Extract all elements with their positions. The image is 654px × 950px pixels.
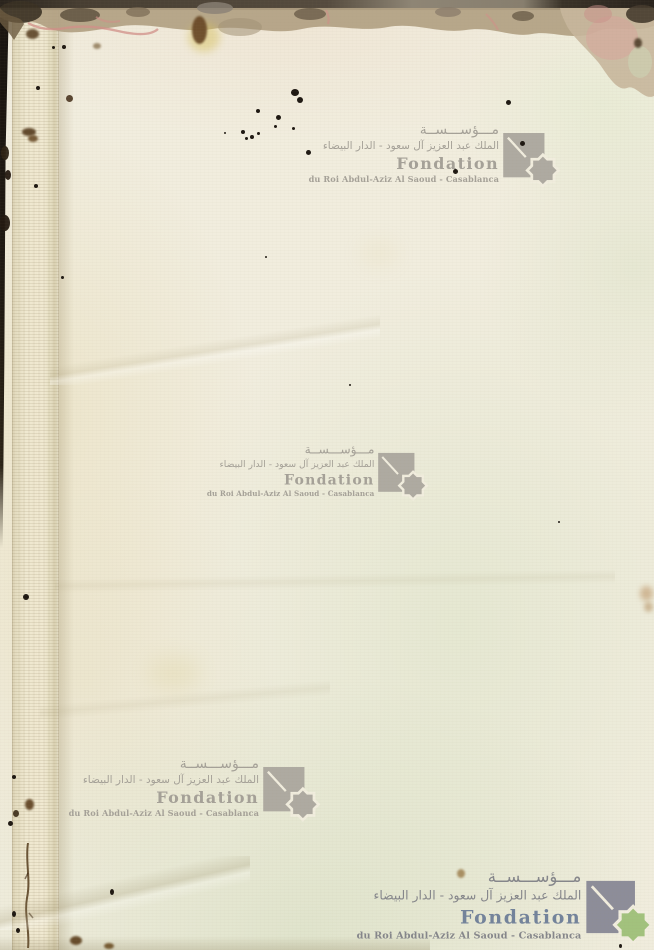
- ink-spot: [62, 45, 66, 49]
- ink-spot: [558, 521, 560, 523]
- ink-spot: [12, 775, 16, 779]
- ink-spot: [8, 821, 13, 826]
- scanned-book-page: مـــؤســـســة الملك عبد العزيز آل سعود -…: [0, 0, 654, 950]
- stain-spot: [644, 602, 653, 612]
- ink-spot: [16, 928, 20, 933]
- ink-spot: [224, 132, 226, 134]
- eight-pointed-star-icon: [285, 787, 320, 822]
- ink-spot: [291, 89, 299, 96]
- paper-crease: [0, 856, 250, 930]
- watermark-bottom-left: مـــؤســـســة الملك عبد العزيز آل سعود -…: [96, 757, 321, 823]
- pink-binding-thread: [486, 14, 498, 30]
- stain-spot: [360, 240, 398, 266]
- debris: [512, 11, 534, 21]
- ink-spot: [292, 127, 295, 130]
- pink-stain: [584, 5, 612, 23]
- ink-spot: [241, 130, 245, 134]
- eight-pointed-star-icon: [398, 470, 429, 501]
- stain-spot: [192, 16, 207, 44]
- watermark-fondation-title: Fondation: [284, 472, 374, 487]
- ink-spot: [257, 132, 260, 135]
- debris: [218, 18, 262, 36]
- watermark-arabic-title: مـــؤســـســة: [488, 869, 582, 887]
- pink-binding-thread: [96, 17, 120, 22]
- ink-spot: [506, 100, 511, 105]
- debris: [60, 8, 100, 22]
- eight-pointed-star-icon: [525, 153, 560, 188]
- watermark-middle: مـــؤســـســة الملك عبد العزيز آل سعود -…: [231, 444, 429, 502]
- ink-spot: [110, 889, 114, 895]
- debris: [126, 7, 150, 17]
- stain-spot: [634, 38, 642, 48]
- debris: [0, 1, 42, 23]
- watermark-text-block: مـــؤســـســة الملك عبد العزيز آل سعود -…: [389, 869, 581, 940]
- ink-spot: [12, 911, 16, 917]
- debris: [626, 5, 654, 23]
- debris: [0, 8, 24, 40]
- stain-spot: [0, 215, 10, 231]
- watermark-arabic-subtitle: الملك عبد العزيز آل سعود - الدار البيضاء: [374, 891, 582, 905]
- watermark-arabic-title: مـــؤســـســة: [305, 444, 375, 458]
- watermark-fondation-title: Fondation: [156, 789, 259, 807]
- stain-spot: [66, 95, 73, 102]
- paper-crease: [40, 678, 330, 720]
- watermark-text-block: مـــؤســـســة الملك عبد العزيز آل سعود -…: [336, 123, 499, 184]
- stain-spot: [28, 135, 38, 142]
- watermark-arabic-title: مـــؤســـســة: [180, 757, 259, 772]
- ink-spot: [250, 135, 254, 139]
- foundation-logo-icon: [586, 881, 654, 947]
- ink-spot: [349, 384, 351, 386]
- watermark-fondation-subtitle: du Roi Abdul-Aziz Al Saoud - Casablanca: [69, 809, 259, 818]
- watermark-bottom-right: مـــؤســـســة الملك عبد العزيز آل سعود -…: [389, 869, 654, 947]
- watermark-text-block: مـــؤســـســة الملك عبد العزيز آل سعود -…: [231, 444, 374, 497]
- stain-spot: [104, 943, 114, 949]
- eight-pointed-star-icon: [612, 904, 654, 946]
- ink-spot: [61, 276, 64, 279]
- stain-spot: [5, 170, 11, 180]
- stain-spot: [26, 29, 39, 39]
- ink-spot: [36, 86, 40, 90]
- ink-spot: [297, 97, 303, 103]
- scan-top-band: [0, 0, 654, 10]
- stain-spot: [188, 22, 220, 52]
- stain-spot: [70, 936, 82, 945]
- ink-spot: [265, 256, 267, 258]
- paper-crease: [55, 555, 615, 605]
- foundation-logo-icon: [378, 453, 429, 502]
- watermark-fondation-subtitle: du Roi Abdul-Aziz Al Saoud - Casablanca: [309, 175, 499, 184]
- binding-gauze-strip: [12, 0, 59, 950]
- ink-spot: [274, 125, 277, 128]
- watermark-fondation-subtitle: du Roi Abdul-Aziz Al Saoud - Casablanca: [207, 489, 375, 497]
- ink-spot: [245, 137, 248, 140]
- top-right-damage-patch: [560, 8, 654, 97]
- torn-paper-debris: [0, 8, 654, 36]
- stain-spot: [640, 586, 653, 601]
- ink-spot: [256, 109, 260, 113]
- watermark-fondation-title: Fondation: [396, 155, 499, 173]
- watermark-fondation-title: Fondation: [460, 907, 581, 928]
- stain-spot: [22, 128, 36, 136]
- debris: [197, 2, 233, 14]
- watermark-fondation-subtitle: du Roi Abdul-Aziz Al Saoud - Casablanca: [357, 930, 582, 941]
- watermark-arabic-subtitle: الملك عبد العزيز آل سعود - الدار البيضاء: [323, 141, 499, 153]
- watermark-arabic-title: مـــؤســـســة: [420, 123, 499, 138]
- binding-crack: [20, 843, 40, 948]
- stain-spot: [93, 43, 101, 49]
- foundation-logo-icon: [503, 133, 561, 189]
- stain-spot: [13, 810, 19, 817]
- watermark-arabic-subtitle: الملك عبد العزيز آل سعود - الدار البيضاء: [83, 775, 259, 787]
- ink-spot: [23, 594, 29, 600]
- ink-spot: [34, 184, 38, 188]
- ink-spot: [306, 150, 311, 155]
- stain-spot: [25, 799, 34, 810]
- ink-spot: [52, 46, 55, 49]
- stain-spot: [1, 146, 9, 160]
- ink-spot: [276, 115, 281, 120]
- green-stain: [628, 46, 652, 78]
- debris: [294, 8, 326, 20]
- watermark-text-block: مـــؤســـســة الملك عبد العزيز آل سعود -…: [96, 757, 259, 818]
- torn-top-edge: [0, 0, 654, 110]
- page-left-dark-edge: [0, 0, 9, 548]
- debris: [435, 7, 461, 17]
- watermark-top-right: مـــؤســـســة الملك عبد العزيز آل سعود -…: [336, 123, 561, 189]
- paper-crease: [50, 315, 380, 385]
- watermark-arabic-subtitle: الملك عبد العزيز آل سعود - الدار البيضاء: [219, 460, 374, 470]
- pink-binding-thread: [28, 23, 158, 34]
- pink-stain: [586, 16, 638, 60]
- pink-binding-thread: [326, 10, 329, 24]
- foundation-logo-icon: [263, 767, 321, 823]
- stain-spot: [148, 655, 200, 691]
